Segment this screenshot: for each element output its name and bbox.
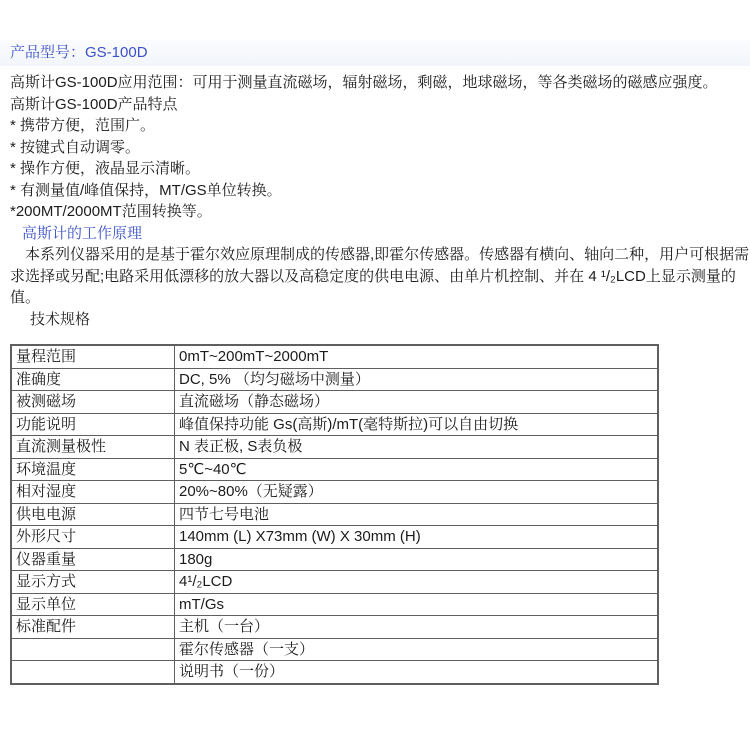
principle-title: 高斯计的工作原理 (10, 223, 746, 245)
spec-value: 峰值保持功能 Gs(高斯)/mT(毫特斯拉)可以自由切换 (175, 413, 659, 436)
feature-item: * 操作方便，液晶显示清晰。 (10, 158, 746, 180)
spec-label (11, 638, 175, 661)
table-row: 量程范围 0mT~200mT~2000mT (11, 345, 658, 368)
spec-label: 环境温度 (11, 458, 175, 481)
principle-paragraph: 本系列仪器采用的是基于霍尔效应原理制成的传感器,即霍尔传感器。传感器有横向、轴向… (10, 244, 750, 309)
spec-label: 相对湿度 (11, 481, 175, 504)
spec-label: 外形尺寸 (11, 526, 175, 549)
features-title: 高斯计GS-100D产品特点 (10, 94, 746, 116)
spec-value: N 表正极, S表负极 (175, 436, 659, 459)
table-row: 环境温度 5℃~40℃ (11, 458, 658, 481)
spec-label: 量程范围 (11, 345, 175, 368)
table-row: 被测磁场 直流磁场（静态磁场） (11, 391, 658, 414)
spec-value: 主机（一台） (175, 616, 659, 639)
spec-label: 显示单位 (11, 593, 175, 616)
spec-value: 0mT~200mT~2000mT (175, 345, 659, 368)
table-row: 功能说明 峰值保持功能 Gs(高斯)/mT(毫特斯拉)可以自由切换 (11, 413, 658, 436)
spec-value: DC, 5% （均匀磁场中测量） (175, 368, 659, 391)
feature-item: * 按键式自动调零。 (10, 137, 746, 159)
table-row: 霍尔传感器（一支） (11, 638, 658, 661)
specs-table: 量程范围 0mT~200mT~2000mT 准确度 DC, 5% （均匀磁场中测… (10, 344, 659, 685)
table-row: 直流测量极性 N 表正极, S表负极 (11, 436, 658, 459)
spec-label: 准确度 (11, 368, 175, 391)
spec-value: 四节七号电池 (175, 503, 659, 526)
spec-value: 说明书（一份） (175, 661, 659, 684)
feature-item: * 有测量值/峰值保持，MT/GS单位转换。 (10, 180, 746, 202)
spec-value: 霍尔传感器（一支） (175, 638, 659, 661)
table-row: 说明书（一份） (11, 661, 658, 684)
spec-label: 标准配件 (11, 616, 175, 639)
table-row: 显示单位 mT/Gs (11, 593, 658, 616)
spec-label (11, 661, 175, 684)
specs-title: 技术规格 (10, 309, 746, 331)
product-page: 产品型号：GS-100D 高斯计GS-100D应用范围：可用于测量直流磁场，辐射… (0, 0, 750, 685)
spec-label: 仪器重量 (11, 548, 175, 571)
spec-value: 4¹/₂LCD (175, 571, 659, 594)
feature-item: * 携带方便，范围广。 (10, 115, 746, 137)
table-row: 标准配件 主机（一台） (11, 616, 658, 639)
page-title: 产品型号：GS-100D (0, 40, 750, 66)
spec-label: 直流测量极性 (11, 436, 175, 459)
table-row: 仪器重量 180g (11, 548, 658, 571)
intro-text: 高斯计GS-100D应用范围：可用于测量直流磁场，辐射磁场，剩磁，地球磁场，等各… (10, 72, 746, 94)
spec-label: 功能说明 (11, 413, 175, 436)
table-row: 显示方式 4¹/₂LCD (11, 571, 658, 594)
spec-value: 直流磁场（静态磁场） (175, 391, 659, 414)
feature-item: *200MT/2000MT范围转换等。 (10, 201, 746, 223)
spec-value: 5℃~40℃ (175, 458, 659, 481)
table-row: 相对湿度 20%~80%（无疑露） (11, 481, 658, 504)
spec-value: mT/Gs (175, 593, 659, 616)
table-row: 外形尺寸 140mm (L) X73mm (W) X 30mm (H) (11, 526, 658, 549)
spec-label: 显示方式 (11, 571, 175, 594)
table-row: 供电电源 四节七号电池 (11, 503, 658, 526)
spec-label: 被测磁场 (11, 391, 175, 414)
spec-value: 140mm (L) X73mm (W) X 30mm (H) (175, 526, 659, 549)
spec-label: 供电电源 (11, 503, 175, 526)
spec-value: 180g (175, 548, 659, 571)
spec-value: 20%~80%（无疑露） (175, 481, 659, 504)
table-row: 准确度 DC, 5% （均匀磁场中测量） (11, 368, 658, 391)
